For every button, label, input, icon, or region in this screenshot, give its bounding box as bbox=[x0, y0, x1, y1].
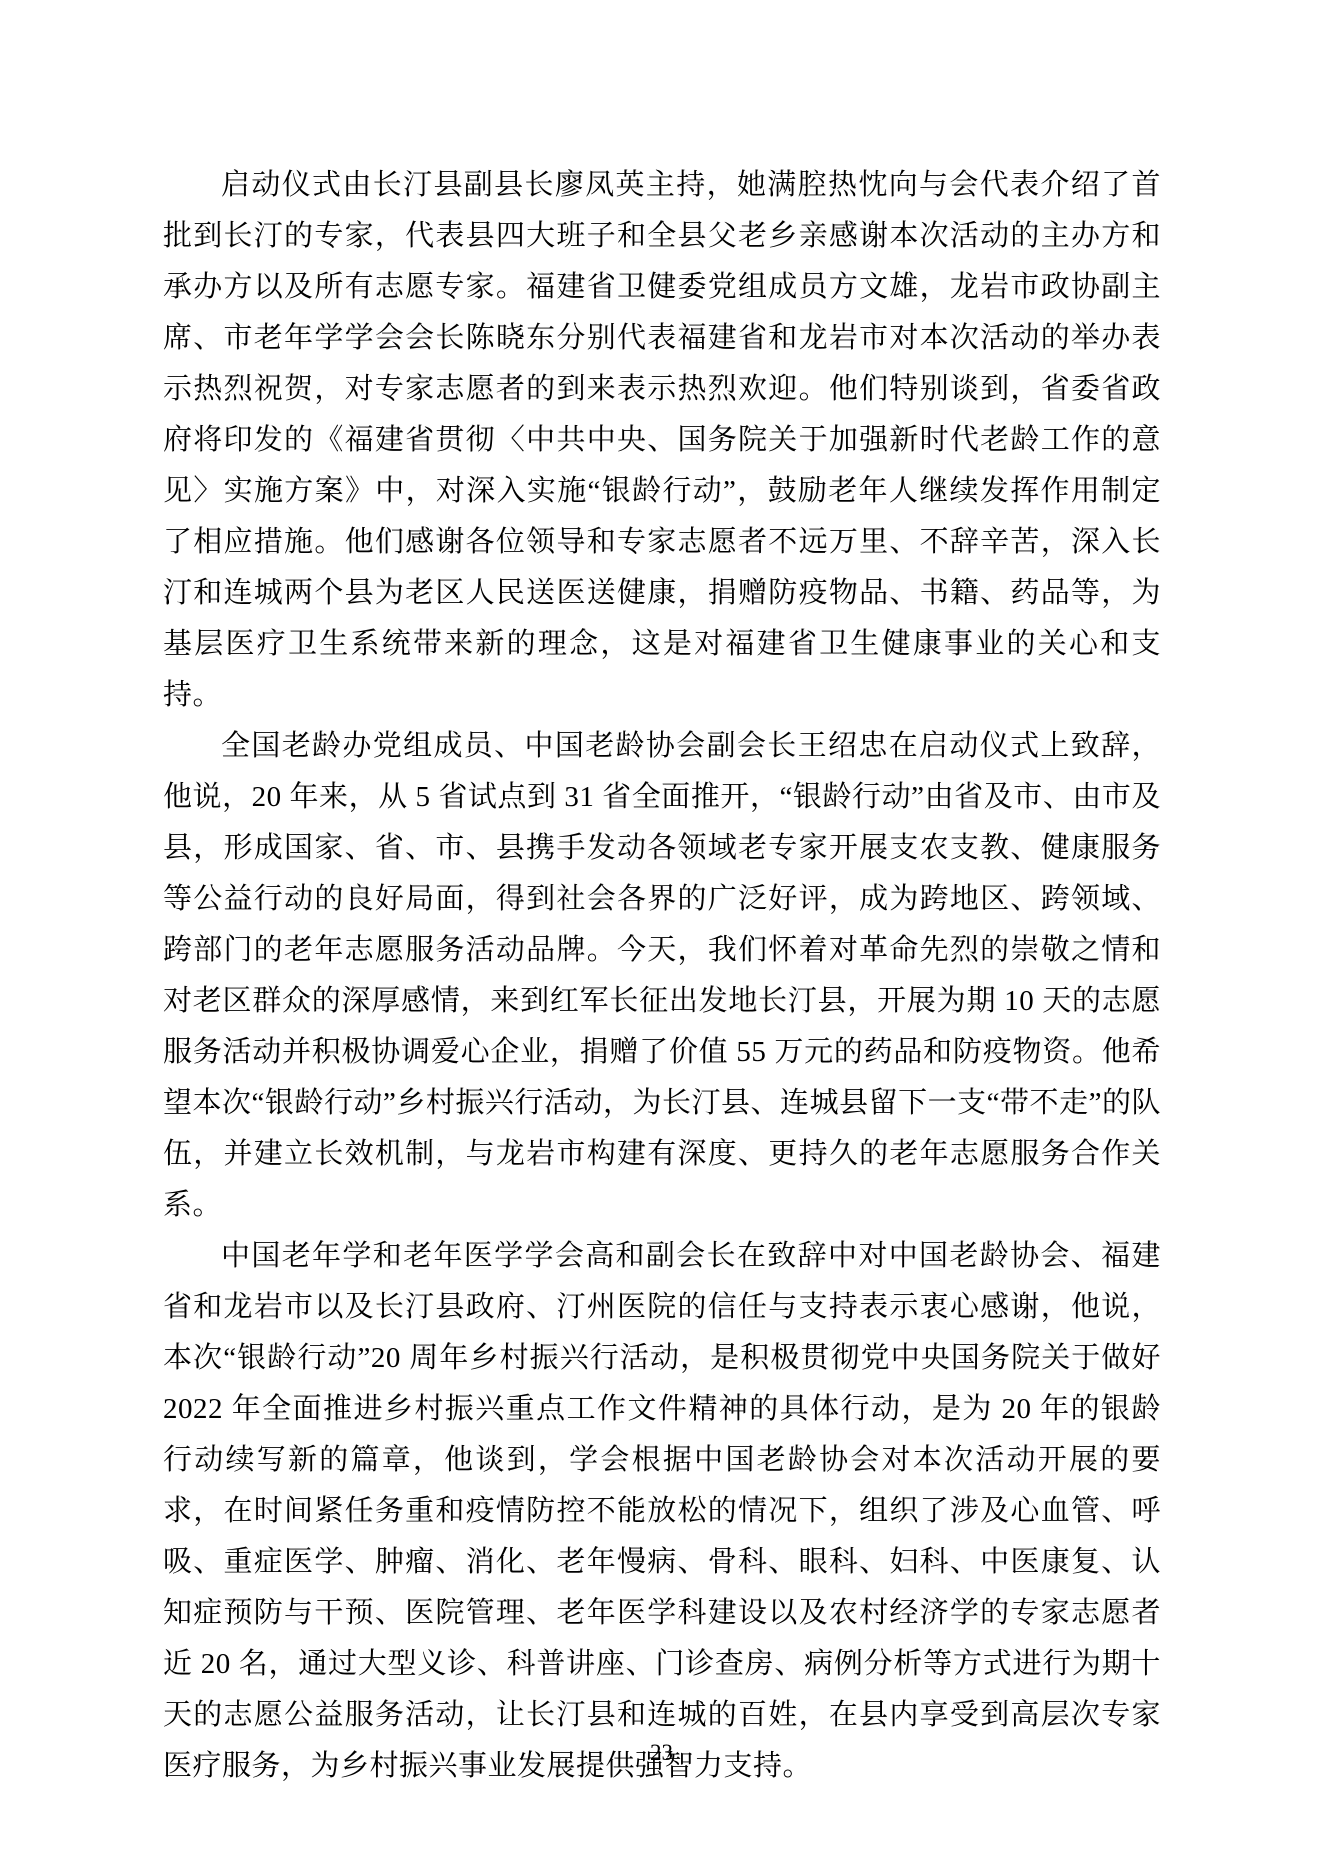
document-page: 启动仪式由长汀县副县长廖凤英主持，她满腔热忱向与会代表介绍了首批到长汀的专家，代… bbox=[0, 0, 1323, 1871]
page-footer: 23 bbox=[0, 1740, 1323, 1766]
paragraph-gao-he-speech: 中国老年学和老年医学学会高和副会长在致辞中对中国老龄协会、福建省和龙岩市以及长汀… bbox=[163, 1231, 1161, 1792]
document-body: 启动仪式由长汀县副县长廖凤英主持，她满腔热忱向与会代表介绍了首批到长汀的专家，代… bbox=[163, 160, 1161, 1792]
paragraph-launch-ceremony: 启动仪式由长汀县副县长廖凤英主持，她满腔热忱向与会代表介绍了首批到长汀的专家，代… bbox=[163, 160, 1161, 721]
page-number: 23 bbox=[650, 1740, 673, 1765]
paragraph-wang-shaozhong-speech: 全国老龄办党组成员、中国老龄协会副会长王绍忠在启动仪式上致辞，他说，20 年来，… bbox=[163, 721, 1161, 1231]
